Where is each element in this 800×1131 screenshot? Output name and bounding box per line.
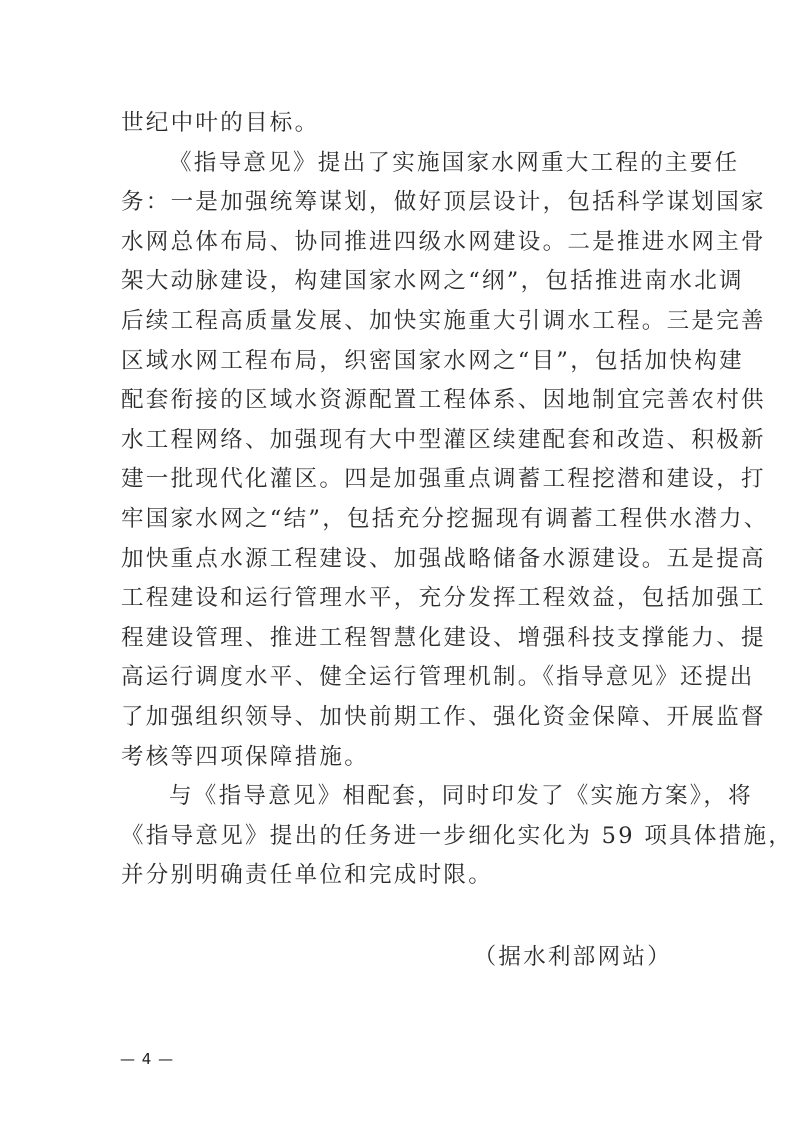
document-page: 世纪中叶的目标。 《指导意见》提出了实施国家水网重大工程的主要任 务：一是加强统… [0, 0, 800, 1131]
paragraph-3-line-2: 《指导意见》提出的任务进一步细化实化为 59 项具体措施， [121, 817, 681, 857]
paragraph-2-line-16: 考核等四项保障措施。 [121, 738, 681, 778]
paragraph-2-line-6: 区域水网工程布局，织密国家水网之“目”，包括加快构建 [121, 342, 681, 382]
paragraph-2-line-7: 配套衔接的区域水资源配置工程体系、因地制宜完善农村供 [121, 381, 681, 421]
paragraph-2-line-15: 了加强组织领导、加快前期工作、强化资金保障、开展监督 [121, 698, 681, 738]
paragraph-2-line-5: 后续工程高质量发展、加快实施重大引调水工程。三是完善 [121, 302, 681, 342]
paragraph-2-line-13: 程建设管理、推进工程智慧化建设、增强科技支撑能力、提 [121, 619, 681, 659]
paragraph-1-line-1: 世纪中叶的目标。 [121, 104, 681, 144]
paragraph-2-line-14: 高运行调度水平、健全运行管理机制。《指导意见》还提出 [121, 658, 681, 698]
body-text: 世纪中叶的目标。 《指导意见》提出了实施国家水网重大工程的主要任 务：一是加强统… [121, 104, 681, 896]
paragraph-2-line-8: 水工程网络、加强现有大中型灌区续建配套和改造、积极新 [121, 421, 681, 461]
paragraph-2-line-10: 牢国家水网之“结”，包括充分挖掘现有调蓄工程供水潜力、 [121, 500, 681, 540]
paragraph-2-line-4: 架大动脉建设，构建国家水网之“纲”，包括推进南水北调 [121, 262, 681, 302]
paragraph-2-line-3: 水网总体布局、协同推进四级水网建设。二是推进水网主骨 [121, 223, 681, 263]
paragraph-2-line-12: 工程建设和运行管理水平，充分发挥工程效益，包括加强工 [121, 579, 681, 619]
paragraph-2-line-1: 《指导意见》提出了实施国家水网重大工程的主要任 [121, 144, 681, 184]
paragraph-2-line-2: 务：一是加强统筹谋划，做好顶层设计，包括科学谋划国家 [121, 183, 681, 223]
source-attribution: （据水利部网站） [474, 938, 672, 978]
paragraph-3-line-1: 与《指导意见》相配套，同时印发了《实施方案》，将 [121, 777, 681, 817]
page-number: — 4 — [120, 1050, 174, 1068]
paragraph-2-line-9: 建一批现代化灌区。四是加强重点调蓄工程挖潜和建设，打 [121, 460, 681, 500]
paragraph-3-line-3: 并分别明确责任单位和完成时限。 [121, 856, 681, 896]
paragraph-2-line-11: 加快重点水源工程建设、加强战略储备水源建设。五是提高 [121, 540, 681, 580]
